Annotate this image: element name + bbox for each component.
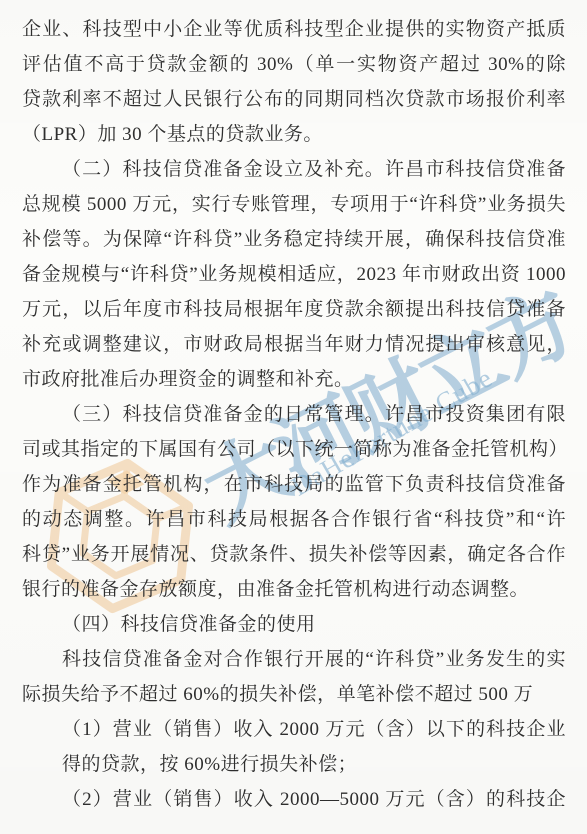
text-line: 贷款利率不超过人民银行公布的同期同档次贷款市场报价利率 — [22, 82, 566, 117]
text-line: 得的贷款，按 60%进行损失补偿； — [22, 747, 566, 782]
text-line: 企业、科技型中小企业等优质科技型企业提供的实物资产抵质押 — [22, 12, 566, 47]
text-line: （三）科技信贷准备金的日常管理。许昌市投资集团有限公 — [22, 397, 566, 432]
text-line: 科贷”业务开展情况、贷款条件、损失补偿等因素，确定各合作 — [22, 537, 566, 572]
text-line: 科技信贷准备金对合作银行开展的“许科贷”业务发生的实 — [22, 642, 566, 677]
scanned-document-page: 大河财立方 DaHeFortune Cube 企业、科技型中小企业等优质科技型企… — [0, 0, 587, 834]
text-line: 市政府批准后办理资金的调整和补充。 — [22, 362, 566, 397]
text-line: 补充或调整建议，市财政局根据当年财力情况提出审核意见，报 — [22, 327, 566, 362]
text-line: （LPR）加 30 个基点的贷款业务。 — [22, 117, 566, 152]
text-line: 司或其指定的下属国有公司（以下统一简称为准备金托管机构） — [22, 432, 566, 467]
text-line: 万元，以后年度市科技局根据年度贷款余额提出科技信贷准备金 — [22, 292, 566, 327]
text-line: （2）营业（销售）收入 2000—5000 万元（含）的科技企业 — [22, 782, 566, 817]
text-line: （四）科技信贷准备金的使用 — [22, 607, 566, 642]
text-line: （1）营业（销售）收入 2000 万元（含）以下的科技企业获 — [22, 712, 566, 747]
text-line: 补偿等。为保障“许科贷”业务稳定持续开展，确保科技信贷准 — [22, 222, 566, 257]
document-body: 企业、科技型中小企业等优质科技型企业提供的实物资产抵质押 评估值不高于贷款金额的… — [0, 0, 587, 834]
text-line: 际损失给予不超过 60%的损失补偿，单笔补偿不超过 500 万元。 — [22, 677, 566, 712]
text-line: （二）科技信贷准备金设立及补充。许昌市科技信贷准备金 — [22, 152, 566, 187]
text-line: 的动态调整。许昌市科技局根据各合作银行省“科技贷”和“许 — [22, 502, 566, 537]
text-line: 备金规模与“许科贷”业务规模相适应，2023 年市财政出资 1000 — [22, 257, 566, 292]
text-line: 作为准备金托管机构，在市科技局的监管下负责科技信贷准备金 — [22, 467, 566, 502]
text-line: 总规模 5000 万元，实行专账管理，专项用于“许科贷”业务损失 — [22, 187, 566, 222]
text-line: 评估值不高于贷款金额的 30%（单一实物资产超过 30%的除外）， — [22, 47, 566, 82]
text-line: 银行的准备金存放额度，由准备金托管机构进行动态调整。 — [22, 572, 566, 607]
